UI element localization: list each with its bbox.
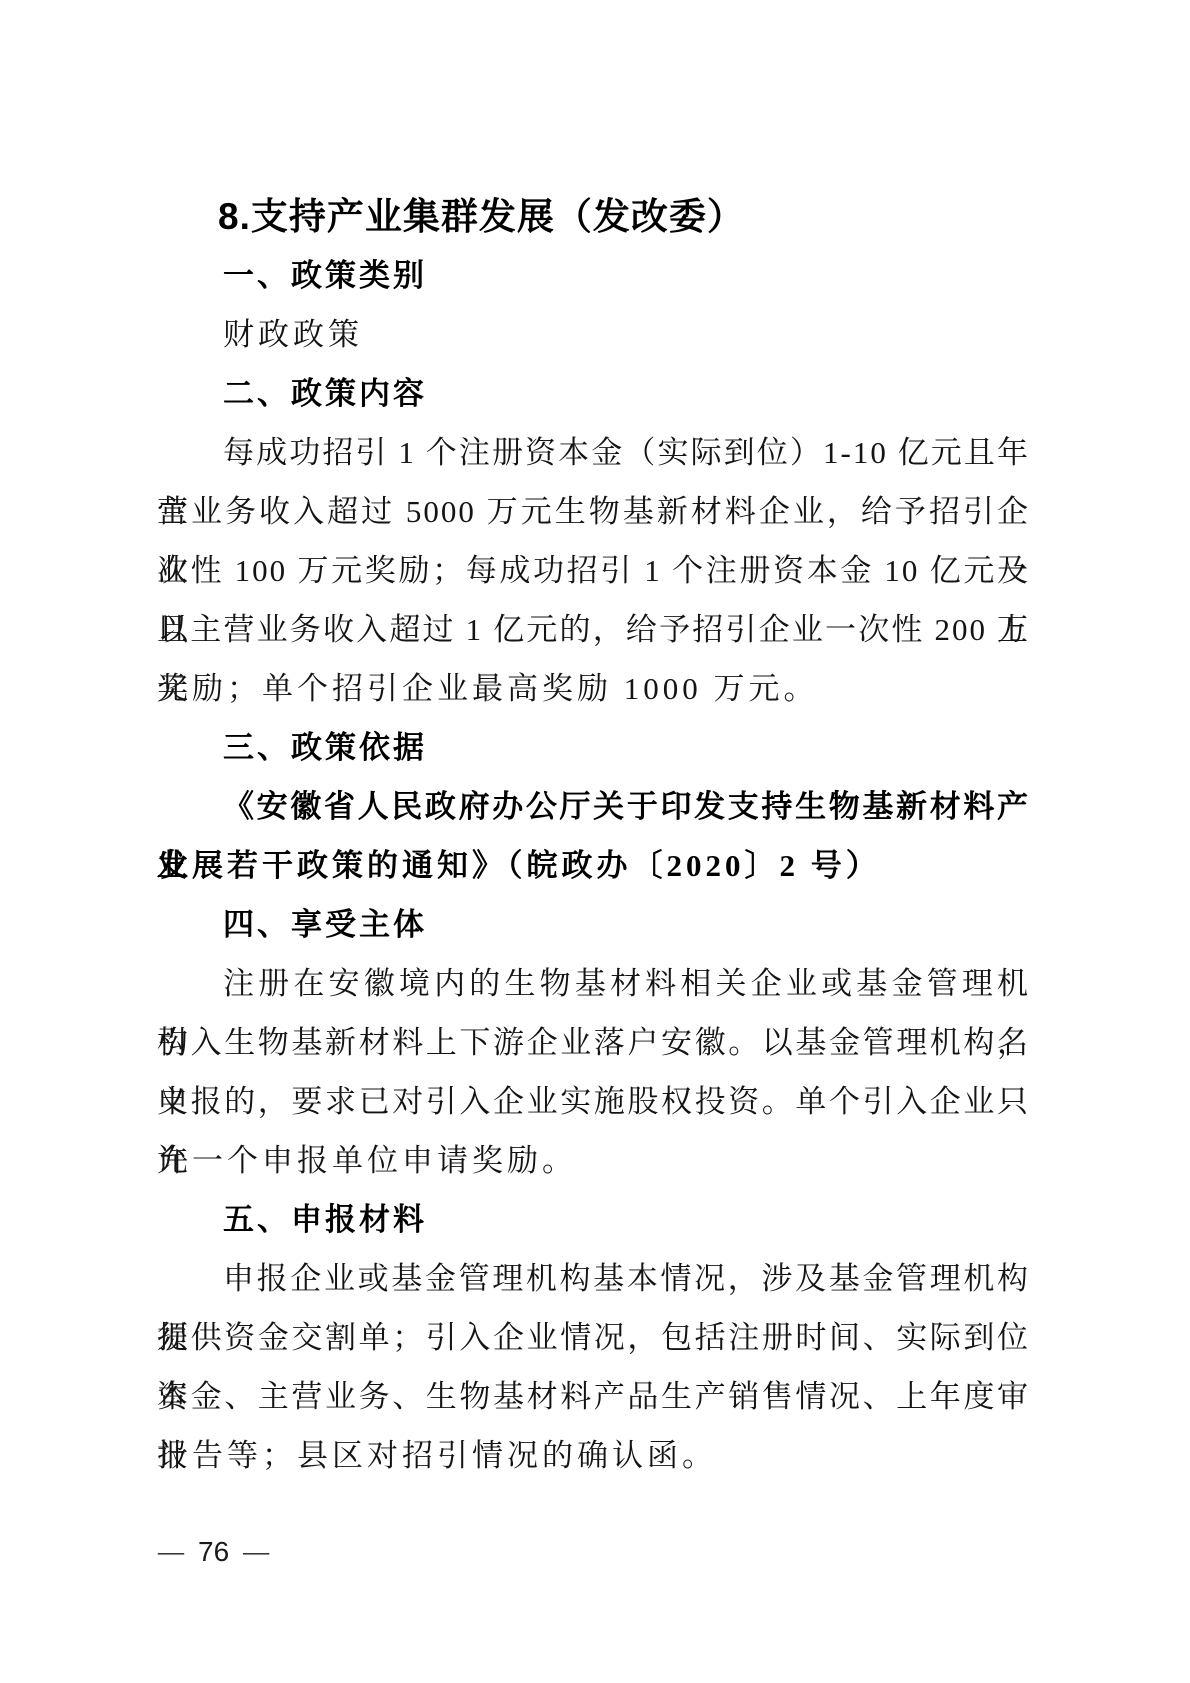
page-number: 76 (198, 1522, 229, 1581)
body-line: 奖励；单个招引企业最高奖励 1000 万元。 (157, 659, 1030, 718)
body-line: 注册在安徽境内的生物基材料相关企业或基金管理机构， (157, 954, 1030, 1013)
section-beneficiary: 四、享受主体 注册在安徽境内的生物基材料相关企业或基金管理机构， 引入生物基新材… (157, 895, 1030, 1190)
body-line: 申报的，要求已对引入企业实施股权投资。单个引入企业只允 (157, 1072, 1030, 1131)
section-heading-policy-content: 二、政策内容 (157, 364, 1030, 423)
body-line: 每成功招引 1 个注册资本金（实际到位）1-10 亿元且年主 (157, 423, 1030, 482)
body-line: 报告等；县区对招引情况的确认函。 (157, 1426, 1030, 1485)
body-line: 提供资金交割单；引入企业情况，包括注册时间、实际到位资 (157, 1308, 1030, 1367)
document-content: 8.支持产业集群发展（发改委） 一、政策类别 财政政策 二、政策内容 每成功招引… (157, 187, 1030, 1485)
page-footer: — 76 — (158, 1522, 269, 1581)
document-title: 8.支持产业集群发展（发改委） (157, 187, 1030, 246)
body-line: 许一个申报单位申请奖励。 (157, 1131, 1030, 1190)
body-line: 申报企业或基金管理机构基本情况，涉及基金管理机构须 (157, 1249, 1030, 1308)
document-page: 8.支持产业集群发展（发改委） 一、政策类别 财政政策 二、政策内容 每成功招引… (0, 0, 1190, 1683)
section-heading-policy-category: 一、政策类别 (157, 246, 1030, 305)
policy-basis-citation-line: 《安徽省人民政府办公厅关于印发支持生物基新材料产业 (157, 777, 1030, 836)
body-line: 引入生物基新材料上下游企业落户安徽。以基金管理机构名义 (157, 1013, 1030, 1072)
section-heading-policy-basis: 三、政策依据 (157, 718, 1030, 777)
section-policy-category: 一、政策类别 财政政策 (157, 246, 1030, 364)
footer-left-dash: — (158, 1522, 184, 1581)
section-application-materials: 五、申报材料 申报企业或基金管理机构基本情况，涉及基金管理机构须 提供资金交割单… (157, 1190, 1030, 1485)
section-policy-content: 二、政策内容 每成功招引 1 个注册资本金（实际到位）1-10 亿元且年主 营业… (157, 364, 1030, 718)
footer-right-dash: — (243, 1522, 269, 1581)
body-line: 且主营业务收入超过 1 亿元的，给予招引企业一次性 200 万元 (157, 600, 1030, 659)
section-policy-basis: 三、政策依据 《安徽省人民政府办公厅关于印发支持生物基新材料产业 发展若干政策的… (157, 718, 1030, 895)
policy-basis-citation-line: 发展若干政策的通知》（皖政办〔2020〕2 号） (157, 836, 1030, 895)
section-heading-application-materials: 五、申报材料 (157, 1190, 1030, 1249)
section-heading-beneficiary: 四、享受主体 (157, 895, 1030, 954)
body-line: 财政政策 (157, 305, 1030, 364)
body-line: 营业务收入超过 5000 万元生物基新材料企业，给予招引企业一 (157, 482, 1030, 541)
body-line: 本金、主营业务、生物基材料产品生产销售情况、上年度审计 (157, 1367, 1030, 1426)
body-line: 次性 100 万元奖励；每成功招引 1 个注册资本金 10 亿元及以上 (157, 541, 1030, 600)
